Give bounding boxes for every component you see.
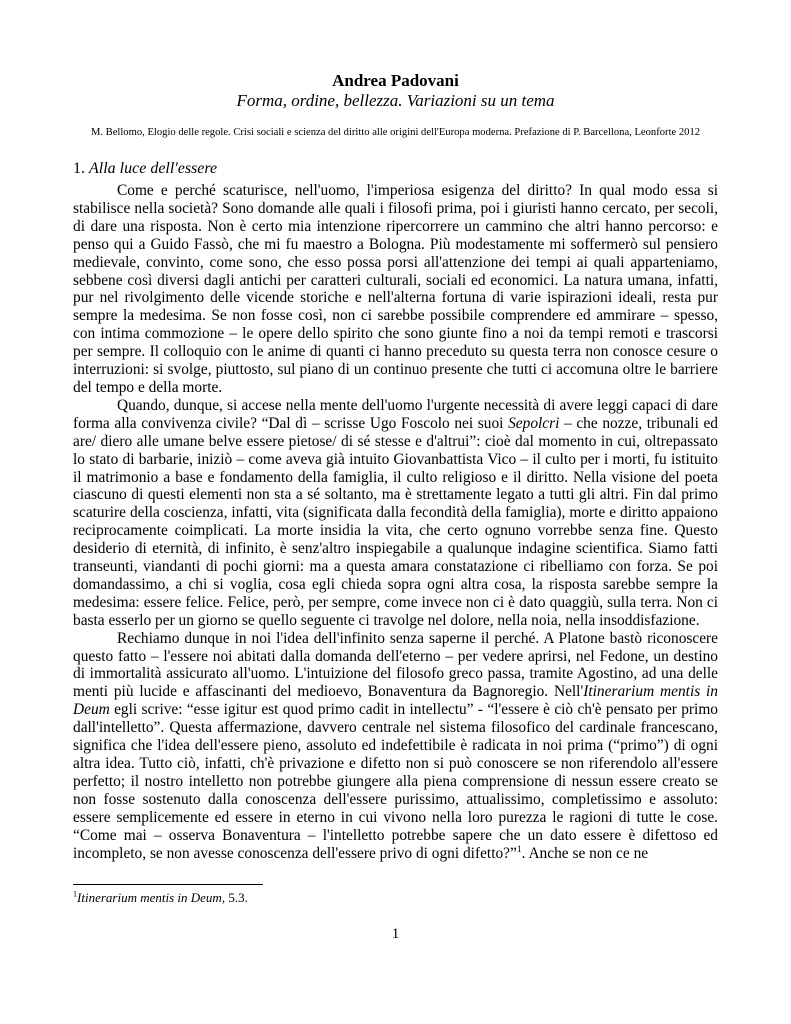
section-title: Alla luce dell'essere [89,160,217,177]
paragraph-3: Rechiamo dunque in noi l'idea dell'infin… [73,630,718,863]
section-heading: 1.Alla luce dell'essere [73,160,718,178]
document-title: Forma, ordine, bellezza. Variazioni su u… [73,91,718,111]
section-number: 1. [73,160,85,177]
paragraph-1: Come e perché scaturisce, nell'uomo, l'i… [73,182,718,397]
body-text: Come e perché scaturisce, nell'uomo, l'i… [73,182,718,862]
footnote-area: 1Itinerarium mentis in Deum, 5.3. [73,884,718,906]
footnote-separator [73,884,263,885]
document-page: Andrea Padovani Forma, ordine, bellezza.… [0,0,791,1024]
author-name: Andrea Padovani [73,71,718,91]
reference-citation: M. Bellomo, Elogio delle regole. Crisi s… [73,126,718,139]
document-header: Andrea Padovani Forma, ordine, bellezza.… [73,0,718,139]
footnote-text: 1Itinerarium mentis in Deum, 5.3. [73,890,718,906]
paragraph-2: Quando, dunque, si accese nella mente de… [73,397,718,630]
page-number: 1 [0,925,791,943]
